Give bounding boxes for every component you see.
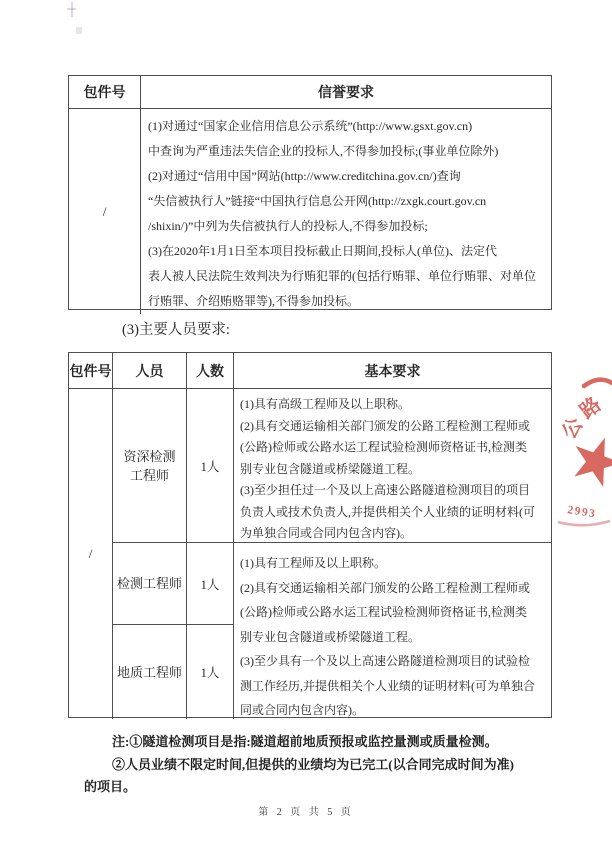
seal-arc-top (584, 380, 612, 386)
credit-req-line: (2)对通过“信用中国”网站(http://www.creditchina.go… (148, 164, 544, 189)
section-heading: (3)主要人员要求: (122, 318, 230, 339)
personnel-req-line: 同或合同内包含内容)。 (240, 698, 545, 723)
personnel-col-header-package: 包件号 (69, 353, 113, 389)
credit-req-line: /shixin/)”中列为失信被执行人的投标人,不得参加投标; (148, 214, 544, 239)
seal-number: 2993 (567, 504, 598, 520)
credit-package-number: / (69, 109, 141, 314)
page-number-footer: 第 2 页 共 5 页 (0, 803, 612, 818)
personnel-col-header-person: 人员 (113, 353, 187, 389)
role-line: 工程师 (123, 466, 175, 485)
personnel-req-line: 别专业包含隧道或桥梁隧道工程。 (240, 459, 545, 481)
role-line: 资深检测 (123, 447, 175, 466)
personnel-req-line: (3)至少担任过一个及以上高速公路隧道检测项目的项目 (240, 480, 545, 502)
personnel-req-line: (公路)检师或公路水运工程试验检测师资格证书,检测类 (240, 437, 545, 459)
personnel-req-line: (2)具有交通运输相关部门颁发的公路工程检测工程师或 (240, 416, 545, 438)
personnel-package-number: / (69, 389, 113, 719)
personnel-req-line: (1)具有高级工程师及以上职称。 (240, 394, 545, 416)
credit-col-header-requirement: 信誉要求 (141, 76, 551, 109)
scan-artifact (76, 27, 82, 34)
credit-req-line: (1)对通过“国家企业信用信息公示系统”(http://www.gsxt.gov… (148, 114, 544, 139)
notes-block: 注:①隧道检测项目是指:隧道超前地质预报或监控量测或质量检测。 ②人员业绩不限定… (84, 731, 514, 799)
credit-req-line: (3)在2020年1月1日至本项目投标截止日期间,投标人(单位)、法定代 (148, 239, 544, 264)
credit-requirement-text: (1)对通过“国家企业信用信息公示系统”(http://www.gsxt.gov… (141, 109, 551, 314)
credit-req-line: “失信被执行人”链接“中国执行信息公开网(http://zxgk.court.g… (148, 189, 544, 214)
personnel-req-line: 为单独合同或合同内包含内容)。 (240, 523, 545, 545)
credit-col-header-package: 包件号 (69, 76, 141, 109)
personnel-count-inspection: 1人 (187, 543, 234, 625)
personnel-req-line: (2)具有交通运输相关部门颁发的公路工程检测工程师或 (240, 576, 545, 601)
credit-req-line: 表人被人民法院生效判决为行贿犯罪的(包括行贿罪、单位行贿罪、对单位 (148, 264, 544, 289)
personnel-req-line: (3)至少具有一个及以上高速公路隧道检测项目的试验检 (240, 649, 545, 674)
personnel-requirement-senior: (1)具有高级工程师及以上职称。 (2)具有交通运输相关部门颁发的公路工程检测工… (234, 389, 551, 543)
personnel-count-senior: 1人 (187, 389, 234, 543)
note-line: 注:①隧道检测项目是指:隧道超前地质预报或监控量测或质量检测。 (84, 731, 514, 754)
scan-artifact (67, 8, 76, 10)
personnel-role-inspection: 检测工程师 (113, 543, 187, 625)
document-page: 包件号 信誉要求 / (1)对通过“国家企业信用信息公示系统”(http://w… (0, 0, 612, 865)
personnel-req-line: (1)具有工程师及以上职称。 (240, 551, 545, 576)
personnel-requirements-table: 包件号 人员 人数 基本要求 / 资深检测 工程师 1人 (1)具有高级工程师及… (68, 352, 552, 718)
personnel-col-header-requirement: 基本要求 (234, 353, 551, 389)
personnel-req-line: 测工作经历,并提供相关个人业绩的证明材料(可为单独合 (240, 674, 545, 699)
credit-req-line: 中查询为严重违法失信企业的投标人,不得参加投标;(事业单位除外) (148, 139, 544, 164)
personnel-col-header-count: 人数 (187, 353, 234, 389)
seal-char-lu: 路 (575, 392, 606, 423)
personnel-role-geological: 地质工程师 (113, 625, 187, 719)
note-line: ②人员业绩不限定时间,但提供的业绩均为已完工(以合同完成时间为准) (84, 754, 514, 777)
credit-requirements-table: 包件号 信誉要求 / (1)对通过“国家企业信用信息公示系统”(http://w… (68, 75, 552, 310)
personnel-requirement-shared: (1)具有工程师及以上职称。 (2)具有交通运输相关部门颁发的公路工程检测工程师… (234, 543, 551, 719)
seal-char-gong: 公 (557, 413, 588, 443)
credit-req-line: 行贿罪、介绍贿赂罪等),不得参加投标。 (148, 289, 544, 314)
personnel-count-geological: 1人 (187, 625, 234, 719)
personnel-role-senior: 资深检测 工程师 (113, 389, 187, 543)
seal-arc-bottom (558, 521, 610, 525)
personnel-req-line: 别专业包含隧道或桥梁隧道工程。 (240, 625, 545, 650)
note-line: 的项目。 (84, 776, 514, 799)
personnel-req-line: 负责人或技术负责人,并提供相关个人业绩的证明材料(可 (240, 502, 545, 524)
seal-stamp: 路 公 2993 (555, 360, 612, 530)
personnel-req-line: (公路)检师或公路水运工程试验检测师资格证书,检测类 (240, 600, 545, 625)
